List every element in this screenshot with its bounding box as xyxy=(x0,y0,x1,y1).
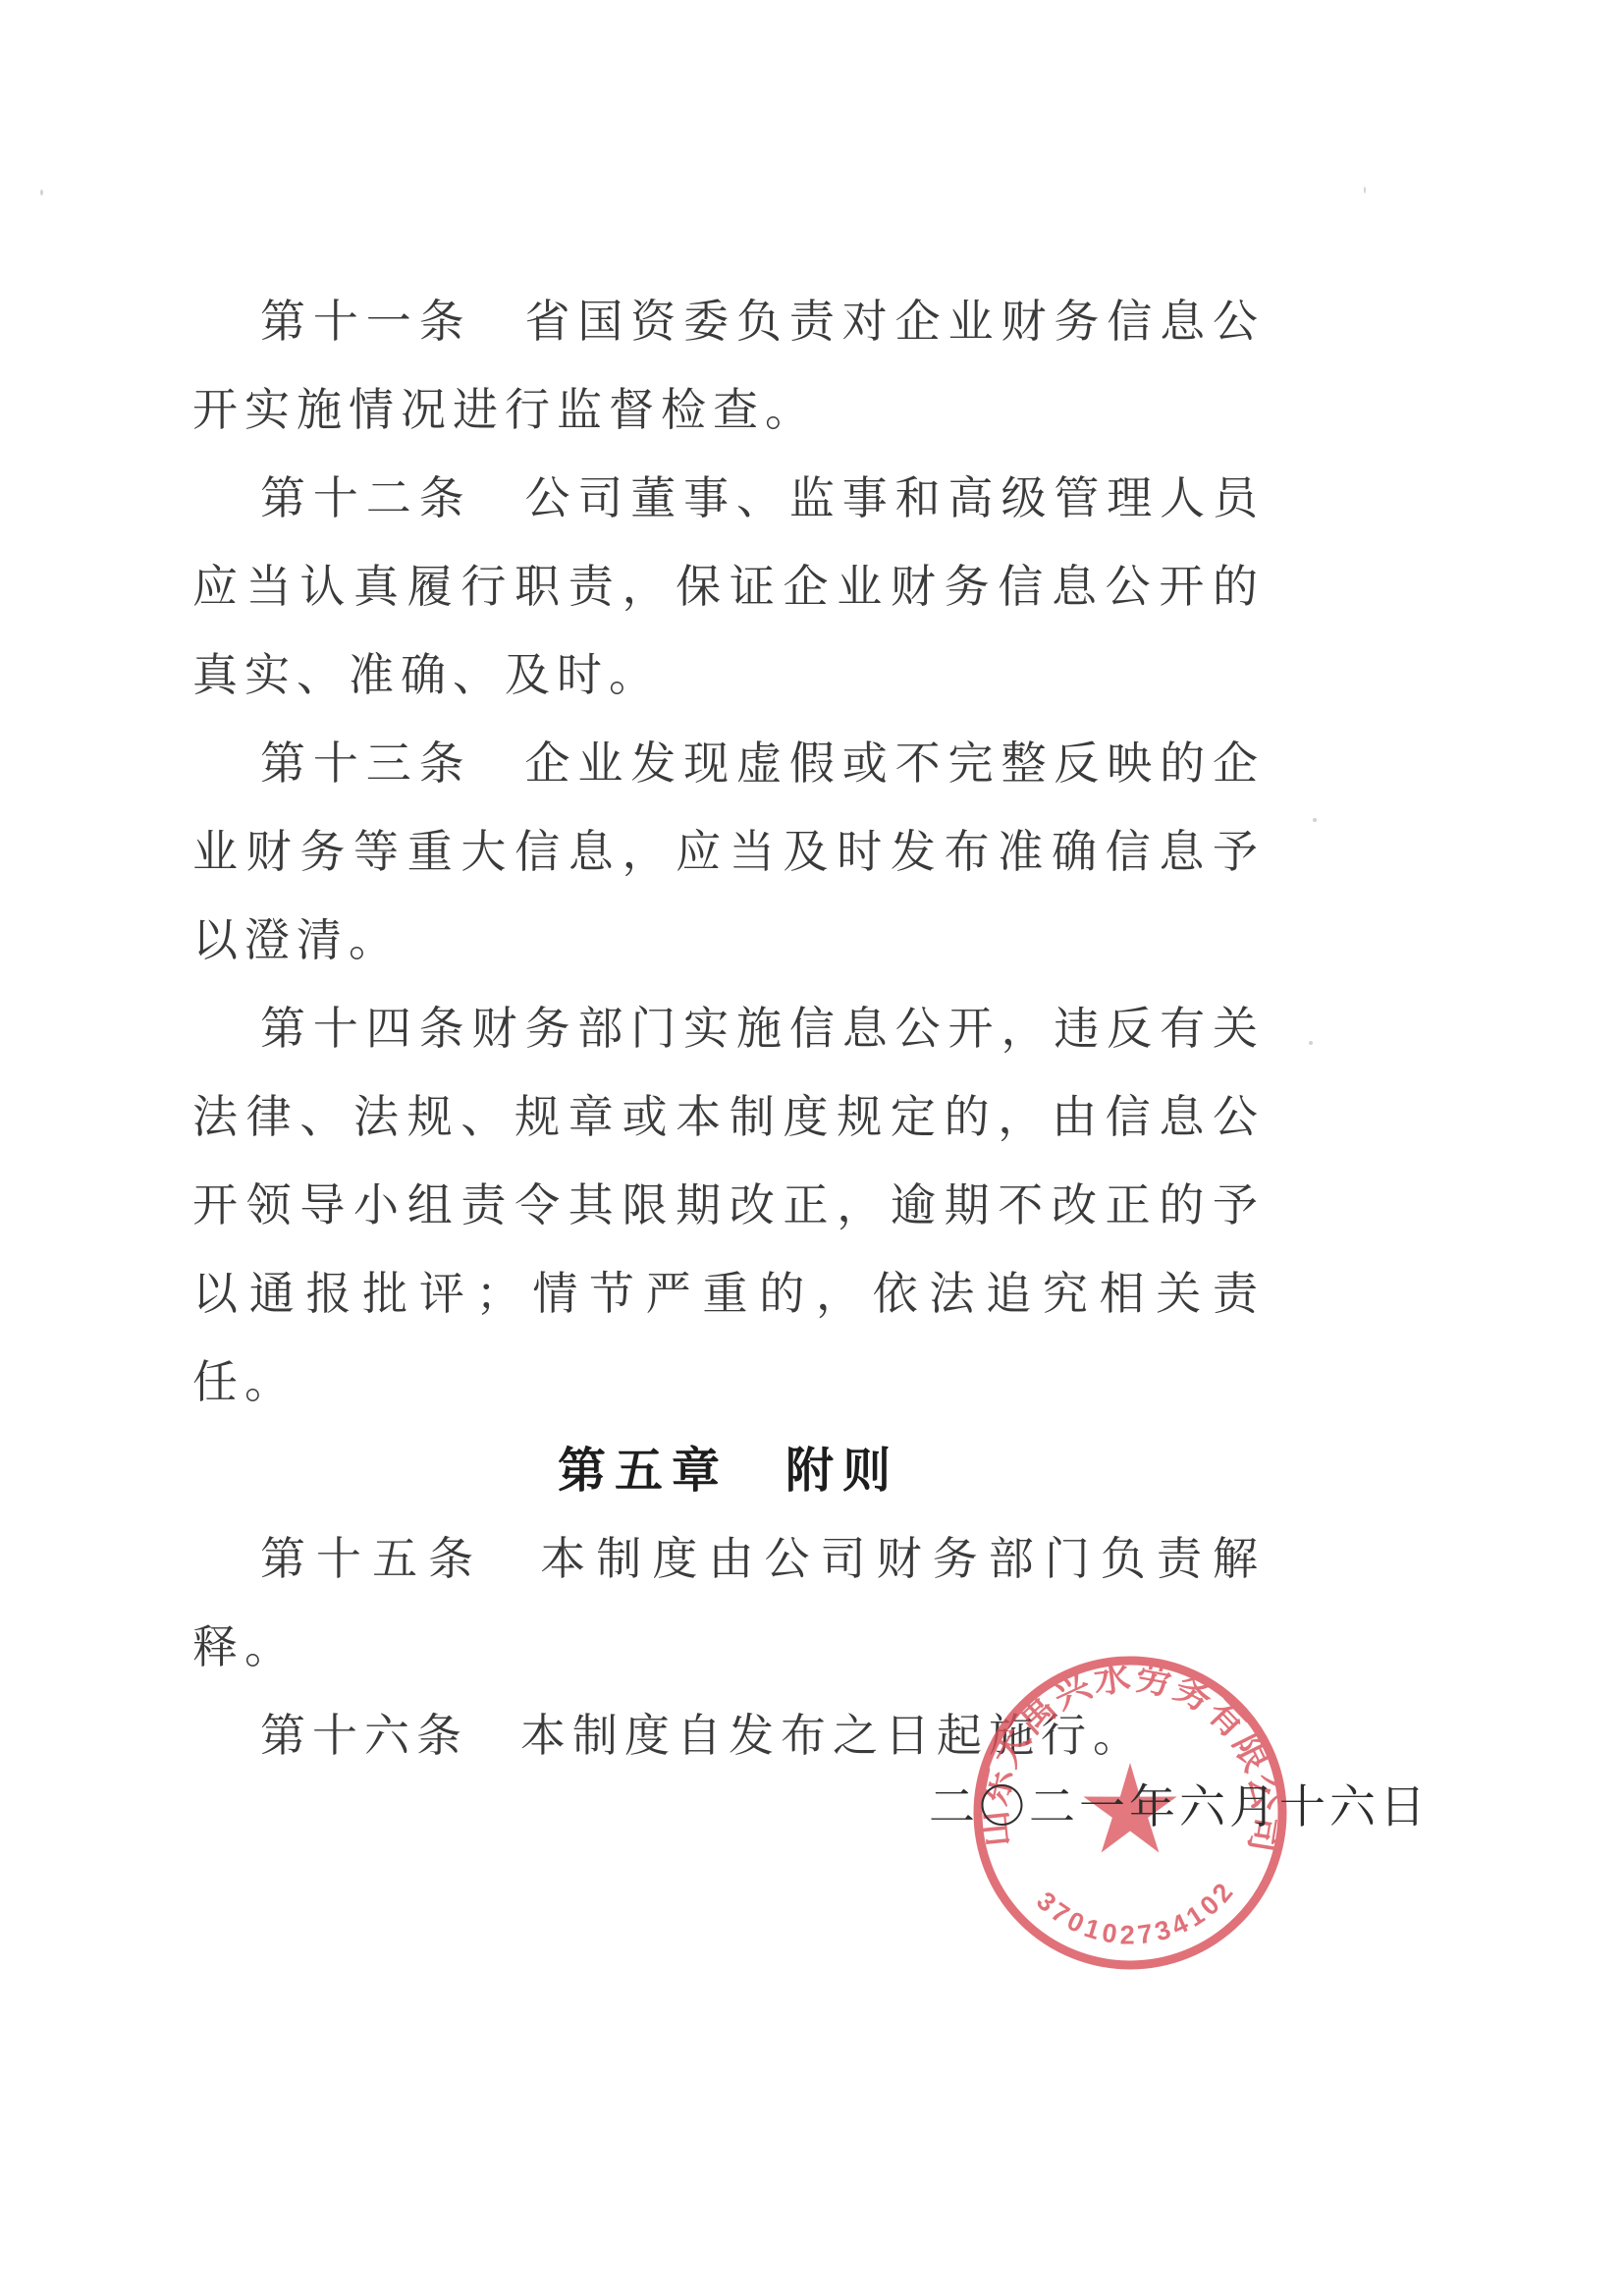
paragraph-article-11: 第十一条 省国资委负责对企业财务信息公开实施情况进行监督检查。 xyxy=(192,278,1265,455)
scan-speck xyxy=(40,190,43,195)
scan-speck xyxy=(1313,818,1317,822)
paragraph-article-13: 第十三条 企业发现虚假或不完整反映的企业财务等重大信息，应当及时发布准确信息予以… xyxy=(192,720,1265,985)
document-page: 第十一条 省国资委负责对企业财务信息公开实施情况进行监督检查。 第十二条 公司董… xyxy=(0,0,1623,2296)
document-body: 第十一条 省国资委负责对企业财务信息公开实施情况进行监督检查。 第十二条 公司董… xyxy=(192,278,1265,1780)
chapter-heading: 第五章 附则 xyxy=(192,1427,1265,1515)
paragraph-article-14: 第十四条财务部门实施信息公开，违反有关法律、法规、规章或本制度规定的，由信息公开… xyxy=(192,985,1265,1427)
paragraph-article-12: 第十二条 公司董事、监事和高级管理人员应当认真履行职责，保证企业财务信息公开的真… xyxy=(192,455,1265,720)
scan-speck xyxy=(1364,187,1366,193)
scan-speck xyxy=(1309,1041,1313,1045)
date-line: 二〇二一年六月十六日 xyxy=(929,1771,1430,1836)
